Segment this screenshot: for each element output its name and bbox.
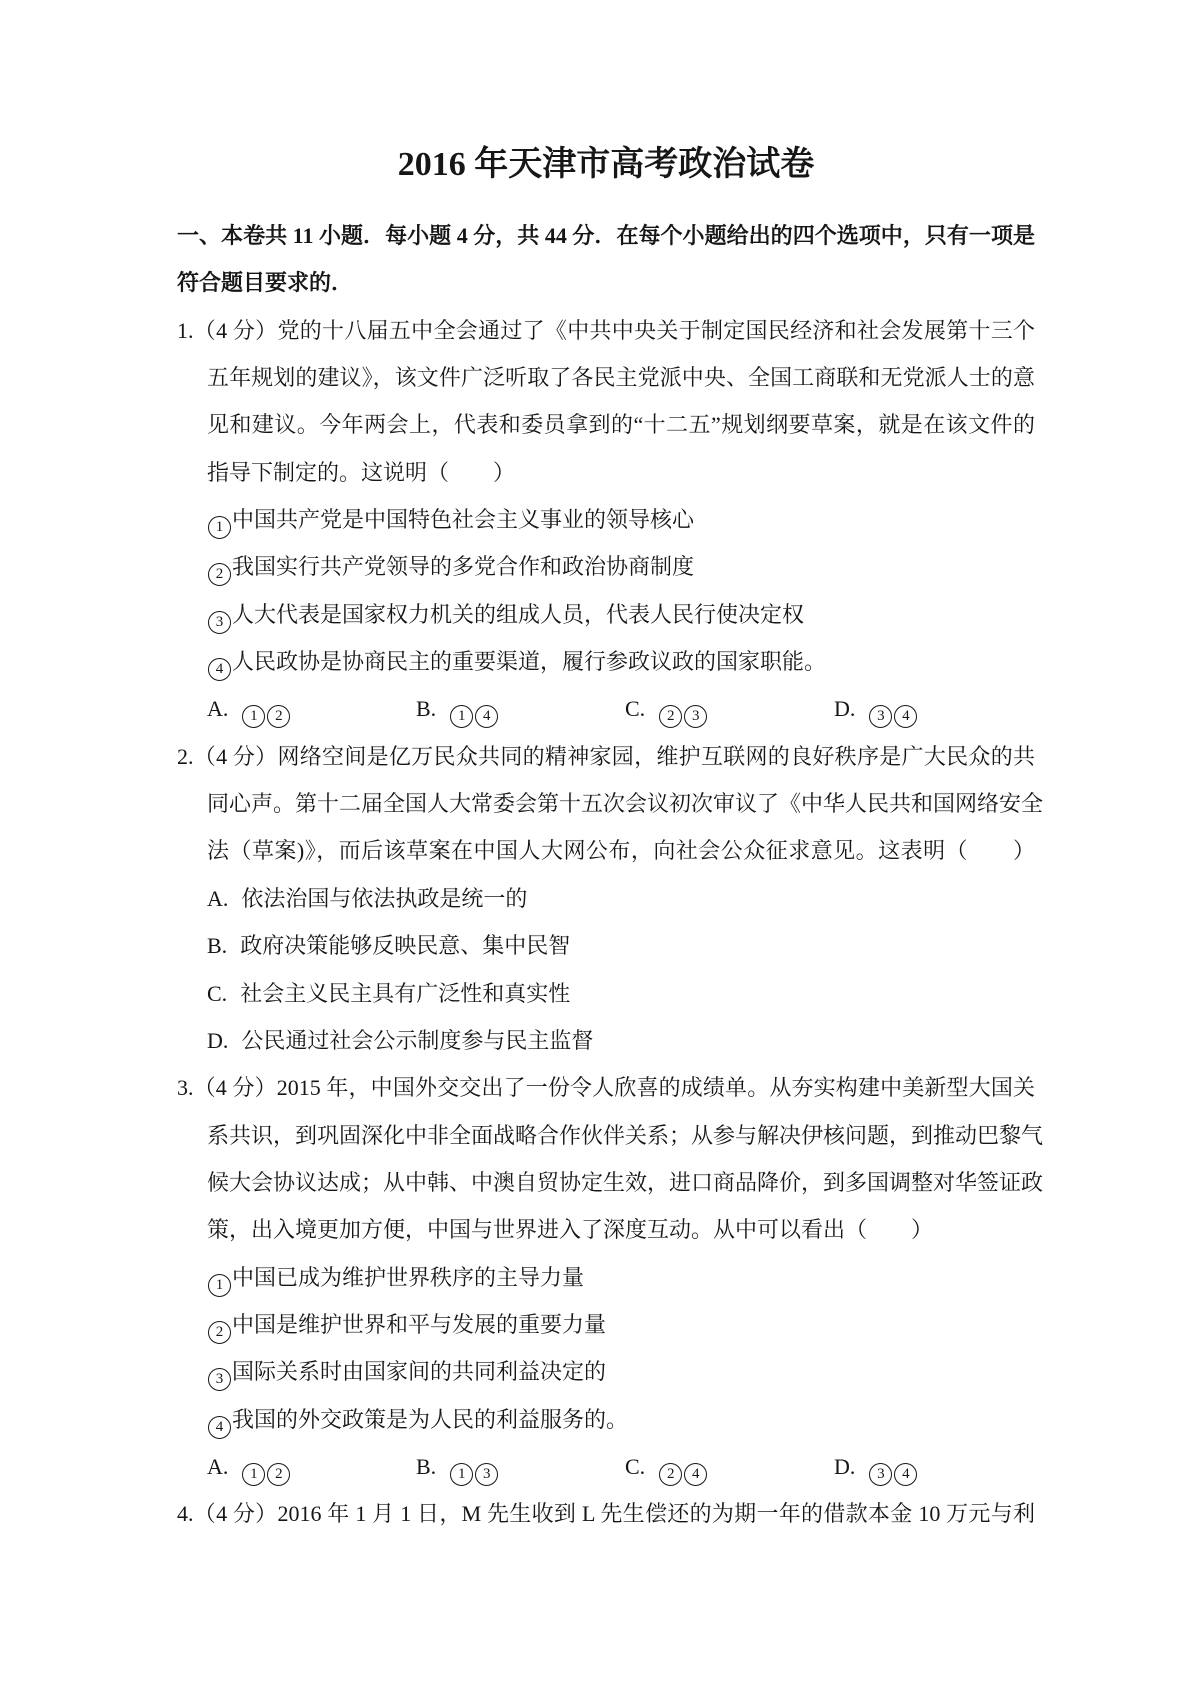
circled-number-icon: 4 bbox=[684, 1463, 707, 1486]
circled-number-icon: 3 bbox=[475, 1463, 498, 1486]
option-text: 公民通过社会公示制度参与民主监督 bbox=[241, 1028, 593, 1053]
option-label: A. bbox=[207, 1454, 228, 1479]
question-1-stem-line-3: 见和建议。今年两会上，代表和委员拿到的“十二五”规划纲要草案，就是在该文件的 bbox=[177, 401, 1035, 448]
option-text: 政府决策能够反映民意、集中民智 bbox=[240, 933, 570, 958]
statement-text: 人大代表是国家权力机关的组成人员，代表人民行使决定权 bbox=[232, 602, 804, 627]
question-1-statement-1: 1中国共产党是中国特色社会主义事业的领导核心 bbox=[177, 496, 1035, 543]
circled-number-icon: 4 bbox=[894, 705, 917, 728]
circled-number-icon: 4 bbox=[475, 705, 498, 728]
question-1-options-row: A.12B.14C.23D.34 bbox=[177, 685, 1035, 732]
circled-number-icon: 1 bbox=[242, 1463, 265, 1486]
circled-number-icon: 1 bbox=[242, 705, 265, 728]
statement-text: 中国已成为维护世界秩序的主导力量 bbox=[232, 1265, 584, 1290]
circled-number-icon: 2 bbox=[208, 563, 231, 586]
question-2-option-c: C.社会主义民主具有广泛性和真实性 bbox=[177, 970, 1035, 1017]
question-1-stem-line-4: 指导下制定的。这说明（ ） bbox=[177, 449, 1035, 496]
circled-number-icon: 2 bbox=[267, 705, 290, 728]
option-label: D. bbox=[834, 1454, 855, 1479]
question-3-statement-3: 3国际关系时由国家间的共同利益决定的 bbox=[177, 1348, 1035, 1395]
option-label: B. bbox=[207, 933, 227, 958]
option-text: 社会主义民主具有广泛性和真实性 bbox=[240, 981, 570, 1006]
exam-paper-content: 2016 年天津市高考政治试卷 一、本卷共 11 小题．每小题 4 分，共 44… bbox=[177, 0, 1035, 1538]
circled-number-icon: 4 bbox=[894, 1463, 917, 1486]
question-3-stem-line-3: 候大会协议达成；从中韩、中澳自贸协定生效，进口商品降价，到多国调整对华签证政 bbox=[177, 1159, 1035, 1206]
question-3-option-d: D.34 bbox=[834, 1443, 918, 1490]
option-label: D. bbox=[834, 696, 855, 721]
option-label: C. bbox=[625, 1454, 645, 1479]
circled-number-icon: 3 bbox=[208, 611, 231, 634]
statement-text: 我国实行共产党领导的多党合作和政治协商制度 bbox=[232, 554, 694, 579]
option-label: C. bbox=[625, 696, 645, 721]
circled-number-icon: 2 bbox=[659, 1463, 682, 1486]
question-1-statement-3: 3人大代表是国家权力机关的组成人员，代表人民行使决定权 bbox=[177, 591, 1035, 638]
question-3-stem-line-1: 3.（4 分）2015 年，中国外交交出了一份令人欣喜的成绩单。从夯实构建中美新… bbox=[177, 1064, 1035, 1111]
question-1-option-c: C.23 bbox=[625, 685, 834, 732]
option-label: A. bbox=[207, 696, 228, 721]
question-3-option-c: C.24 bbox=[625, 1443, 834, 1490]
statement-text: 我国的外交政策是为人民的利益服务的。 bbox=[232, 1407, 628, 1432]
question-2-option-a: A.依法治国与依法执政是统一的 bbox=[177, 875, 1035, 922]
option-label: A. bbox=[207, 886, 228, 911]
statement-text: 中国是维护世界和平与发展的重要力量 bbox=[232, 1312, 606, 1337]
question-3-options-row: A.12B.13C.24D.34 bbox=[177, 1443, 1035, 1490]
option-label: D. bbox=[207, 1028, 228, 1053]
question-2-stem-line-3: 法（草案)》，而后该草案在中国人大网公布，向社会公众征求意见。这表明（ ） bbox=[177, 827, 1035, 874]
circled-number-icon: 1 bbox=[450, 1463, 473, 1486]
circled-number-icon: 3 bbox=[869, 1463, 892, 1486]
question-1-statement-4: 4人民政协是协商民主的重要渠道，履行参政议政的国家职能。 bbox=[177, 638, 1035, 685]
circled-number-icon: 1 bbox=[208, 516, 231, 539]
circled-number-icon: 1 bbox=[450, 705, 473, 728]
exam-paper-page: 2016 年天津市高考政治试卷 一、本卷共 11 小题．每小题 4 分，共 44… bbox=[0, 0, 1200, 1698]
question-3-statement-4: 4我国的外交政策是为人民的利益服务的。 bbox=[177, 1396, 1035, 1443]
section-intro-line-2: 符合题目要求的． bbox=[177, 259, 1035, 306]
circled-number-icon: 2 bbox=[208, 1321, 231, 1344]
question-2-option-d: D.公民通过社会公示制度参与民主监督 bbox=[177, 1017, 1035, 1064]
question-1-option-a: A.12 bbox=[207, 685, 416, 732]
circled-number-icon: 4 bbox=[208, 1416, 231, 1439]
circled-number-icon: 2 bbox=[267, 1463, 290, 1486]
question-2-option-b: B.政府决策能够反映民意、集中民智 bbox=[177, 922, 1035, 969]
option-label: B. bbox=[416, 1454, 436, 1479]
section-intro-line-1: 一、本卷共 11 小题．每小题 4 分，共 44 分．在每个小题给出的四个选项中… bbox=[177, 212, 1035, 259]
question-3-option-b: B.13 bbox=[416, 1443, 625, 1490]
question-3-stem-line-2: 系共识，到巩固深化中非全面战略合作伙伴关系；从参与解决伊核问题，到推动巴黎气 bbox=[177, 1112, 1035, 1159]
question-1-option-d: D.34 bbox=[834, 685, 918, 732]
circled-number-icon: 3 bbox=[208, 1368, 231, 1391]
option-label: B. bbox=[416, 696, 436, 721]
question-1-statement-2: 2我国实行共产党领导的多党合作和政治协商制度 bbox=[177, 543, 1035, 590]
circled-number-icon: 4 bbox=[208, 658, 231, 681]
option-label: C. bbox=[207, 981, 227, 1006]
circled-number-icon: 2 bbox=[659, 705, 682, 728]
statement-text: 国际关系时由国家间的共同利益决定的 bbox=[232, 1359, 606, 1384]
circled-number-icon: 1 bbox=[208, 1274, 231, 1297]
question-3-statement-1: 1中国已成为维护世界秩序的主导力量 bbox=[177, 1254, 1035, 1301]
question-1-stem-line-2: 五年规划的建议》，该文件广泛听取了各民主党派中央、全国工商联和无党派人士的意 bbox=[177, 354, 1035, 401]
question-1-stem-line-1: 1.（4 分）党的十八届五中全会通过了《中共中央关于制定国民经济和社会发展第十三… bbox=[177, 307, 1035, 354]
question-3-stem-line-4: 策，出入境更加方便，中国与世界进入了深度互动。从中可以看出（ ） bbox=[177, 1206, 1035, 1253]
circled-number-icon: 3 bbox=[869, 705, 892, 728]
question-3-statement-2: 2中国是维护世界和平与发展的重要力量 bbox=[177, 1301, 1035, 1348]
statement-text: 人民政协是协商民主的重要渠道，履行参政议政的国家职能。 bbox=[232, 649, 826, 674]
question-3-option-a: A.12 bbox=[207, 1443, 416, 1490]
question-2-stem-line-1: 2.（4 分）网络空间是亿万民众共同的精神家园，维护互联网的良好秩序是广大民众的… bbox=[177, 733, 1035, 780]
question-1-option-b: B.14 bbox=[416, 685, 625, 732]
page-title: 2016 年天津市高考政治试卷 bbox=[177, 138, 1035, 192]
question-2-stem-line-2: 同心声。第十二届全国人大常委会第十五次会议初次审议了《中华人民共和国网络安全 bbox=[177, 780, 1035, 827]
circled-number-icon: 3 bbox=[684, 705, 707, 728]
statement-text: 中国共产党是中国特色社会主义事业的领导核心 bbox=[232, 507, 694, 532]
option-text: 依法治国与依法执政是统一的 bbox=[241, 886, 527, 911]
question-4-stem-line-1: 4.（4 分）2016 年 1 月 1 日，M 先生收到 L 先生偿还的为期一年… bbox=[177, 1490, 1035, 1537]
